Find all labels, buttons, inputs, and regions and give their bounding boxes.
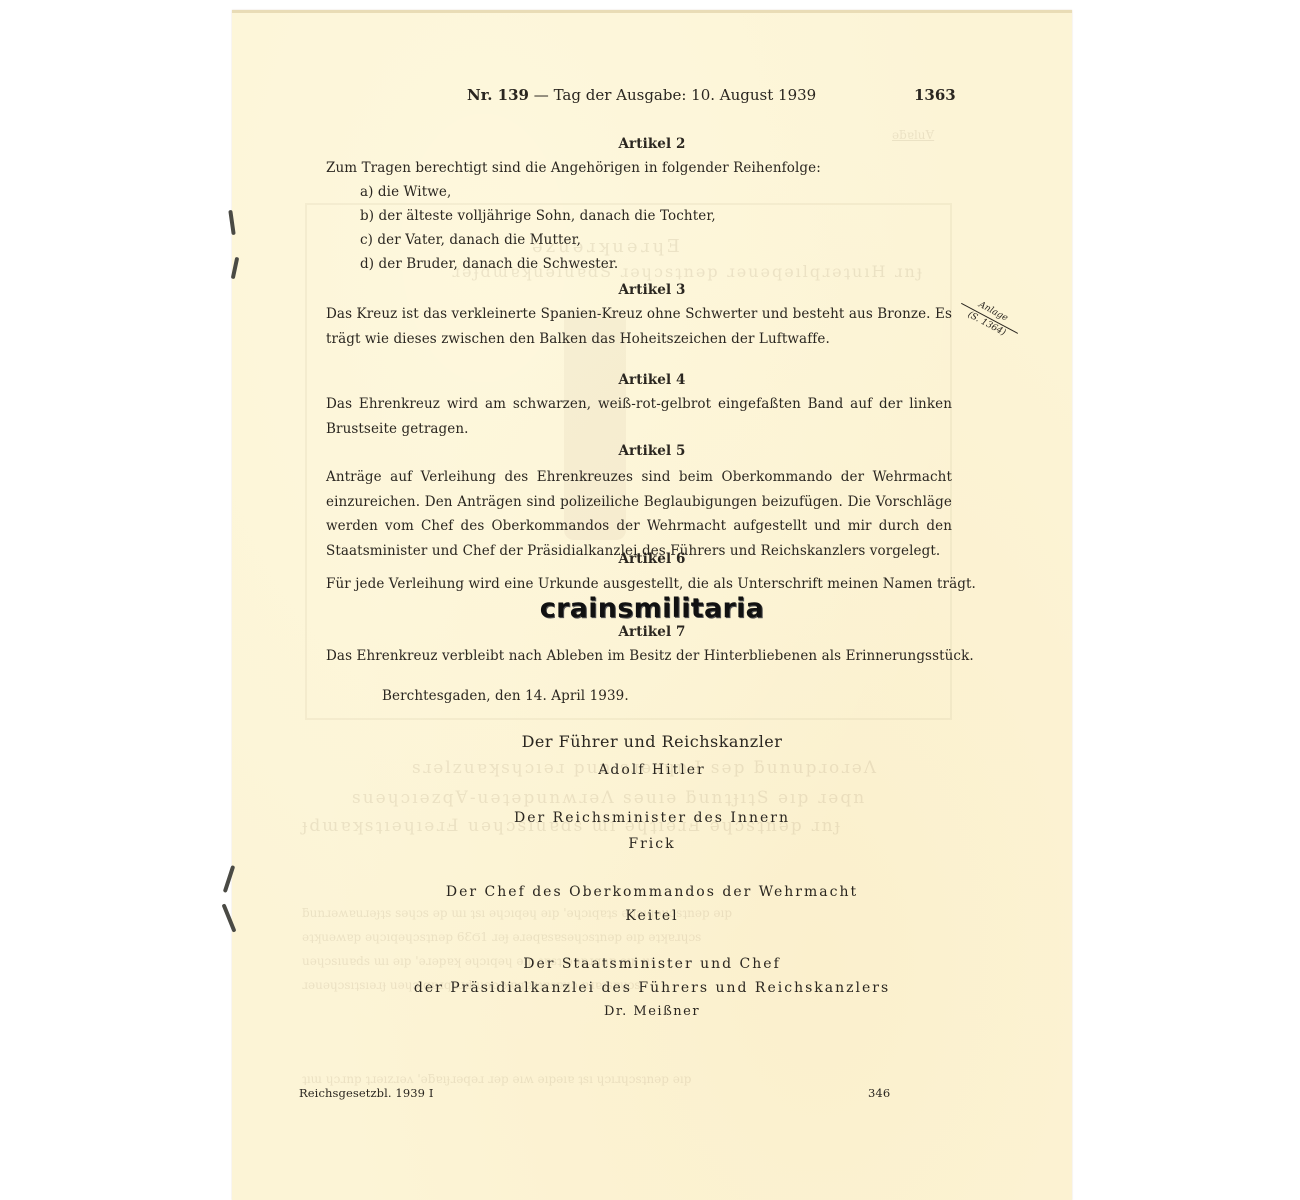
article-2-item-d: d) der Bruder, danach die Schwester. [360,256,618,272]
article-2-item-a: a) die Witwe, [360,184,451,200]
staple-mark [231,257,239,279]
signature-3-name: Keitel [232,908,1072,924]
article-3-heading: Artikel 3 [232,282,1072,298]
article-2-item-b: b) der älteste volljährige Sohn, danach … [360,208,716,224]
issue-date: Tag der Ausgabe: 10. August 1939 [554,86,817,104]
article-2-heading: Artikel 2 [232,136,1072,152]
signature-2-name: Frick [232,836,1072,852]
article-3-text: Das Kreuz ist das verkleinerte Spanien-K… [326,302,952,351]
article-4-text: Das Ehrenkreuz wird am schwarzen, weiß-r… [326,392,952,441]
signature-4-name: Dr. Meißner [232,1004,1072,1019]
article-6-text: Für jede Verleihung wird eine Urkunde au… [326,576,976,592]
place-date: Berchtesgaden, den 14. April 1939. [382,688,629,704]
footer-sheet-number: 346 [868,1086,890,1100]
issue-title: Nr. 139 — Tag der Ausgabe: 10. August 19… [467,86,816,104]
signature-1-name: Adolf Hitler [232,762,1072,778]
article-7-text: Das Ehrenkreuz verbleibt nach Ableben im… [326,648,974,664]
margin-note: Anlage (S. 1364) [948,292,1023,357]
issue-number: Nr. 139 [467,86,529,104]
article-7-heading: Artikel 7 [232,624,1072,640]
article-2-intro: Zum Tragen berechtigt sind die Angehörig… [326,160,821,176]
watermark: crainsmilitaria [232,593,1072,624]
article-5-heading: Artikel 5 [232,443,1072,459]
signature-3-title: Der Chef des Oberkommandos der Wehrmacht [232,884,1072,900]
article-6-heading: Artikel 6 [232,551,1072,567]
document-page: ǝƃɐluⱯ ǝzuǝɹʞuǝɹɥƎ ɹǝɟdɯɐʞuǝıuɐdS ɹǝɥɔsʇ… [232,10,1072,1200]
footer-publication: Reichsgesetzbl. 1939 I [299,1086,433,1100]
bleed-through-text: ǝʇʞuǝʍɐp ǝɥɔıqǝɥɔsʇnǝp 6ƐϬ1 ɹǝɟ ǝɹǝqɐsɐs… [302,930,701,945]
bleed-through-text: ʇıɯ ɥɔɹnp ʇɹǝızɹǝʌ 'ǝƃɐıɟɹǝqǝɹ ɹǝp ǝıʍ ǝ… [302,1072,691,1086]
signature-1-title: Der Führer und Reichskanzler [232,732,1072,751]
article-2-item-c: c) der Vater, danach die Mutter, [360,232,581,248]
signature-4-title-line-2: der Präsidialkanzlei des Führers und Rei… [232,980,1072,996]
article-5-text: Anträge auf Verleihung des Ehrenkreuzes … [326,465,952,563]
page-number: 1363 [914,86,956,104]
bleed-through-text: suǝɥɔıǝzqⱯ-uǝʇǝpunʍɹǝΛ sǝuıǝ ƃunʇɟıʇS ǝı… [352,788,866,808]
article-4-heading: Artikel 4 [232,372,1072,388]
page-edge [232,10,1072,13]
header-dash: — [534,86,549,104]
signature-4-title: Der Staatsminister und Chef [232,956,1072,972]
signature-2-title: Der Reichsminister des Innern [232,810,1072,826]
staple-mark [228,210,235,235]
